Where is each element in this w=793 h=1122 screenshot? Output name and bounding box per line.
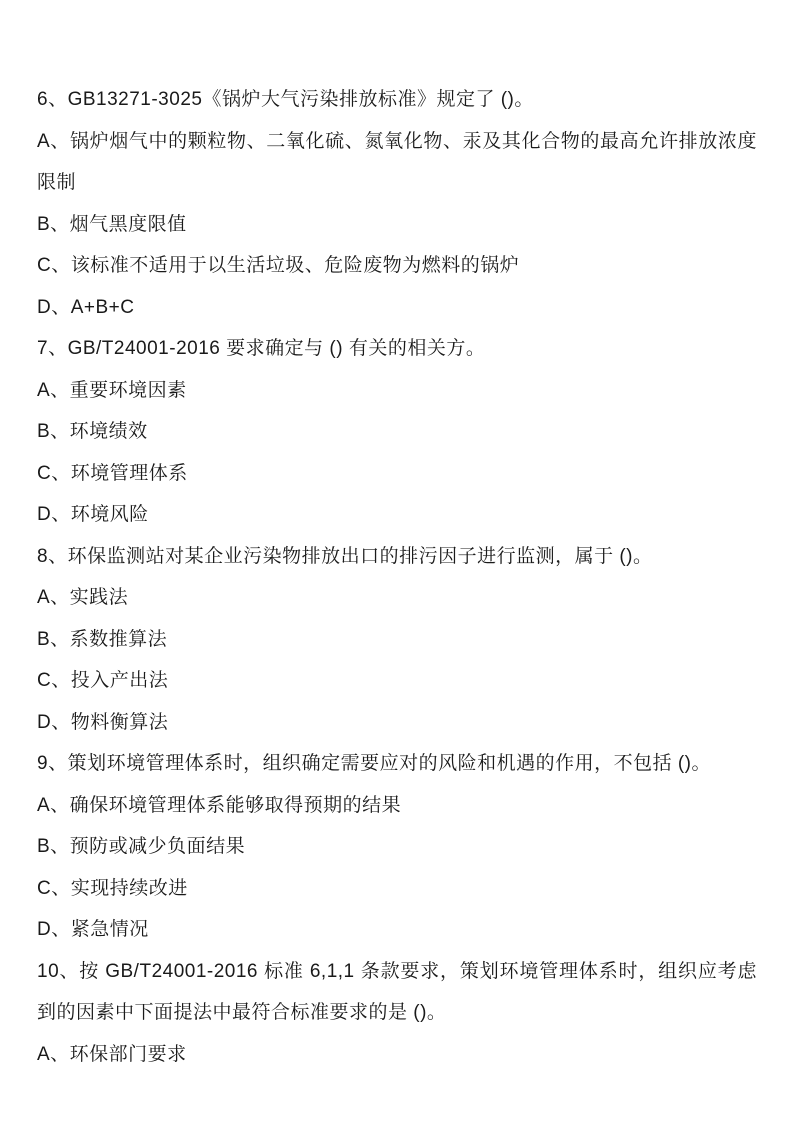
question-8-option-a: A、实践法 xyxy=(37,577,757,619)
question-9-option-b: B、预防或减少负面结果 xyxy=(37,826,757,868)
question-8-option-d: D、物料衡算法 xyxy=(37,702,757,744)
question-6-option-a: A、锅炉烟气中的颗粒物、二氧化硫、氮氧化物、汞及其化合物的最高允许排放浓度限制 xyxy=(37,121,757,204)
question-9-option-d: D、紧急情况 xyxy=(37,909,757,951)
question-6-option-d: D、A+B+C xyxy=(37,287,757,329)
question-8-stem: 8、环保监测站对某企业污染物排放出口的排污因子进行监测，属于 ()。 xyxy=(37,536,757,578)
question-7-option-d: D、环境风险 xyxy=(37,494,757,536)
exam-document-page: 6、GB13271-3025《锅炉大气污染排放标准》规定了 ()。 A、锅炉烟气… xyxy=(0,0,793,1122)
question-6-stem: 6、GB13271-3025《锅炉大气污染排放标准》规定了 ()。 xyxy=(37,79,757,121)
question-10-option-a: A、环保部门要求 xyxy=(37,1034,757,1076)
question-8-option-b: B、系数推算法 xyxy=(37,619,757,661)
question-9-option-a: A、确保环境管理体系能够取得预期的结果 xyxy=(37,785,757,827)
question-7-option-a: A、重要环境因素 xyxy=(37,370,757,412)
question-9-stem: 9、策划环境管理体系时，组织确定需要应对的风险和机遇的作用，不包括 ()。 xyxy=(37,743,757,785)
question-7-option-c: C、环境管理体系 xyxy=(37,453,757,495)
question-8-option-c: C、投入产出法 xyxy=(37,660,757,702)
question-9-option-c: C、实现持续改进 xyxy=(37,868,757,910)
question-10-stem: 10、按 GB/T24001-2016 标准 6,1,1 条款要求，策划环境管理… xyxy=(37,951,757,1034)
question-7-stem: 7、GB/T24001-2016 要求确定与 () 有关的相关方。 xyxy=(37,328,757,370)
question-7-option-b: B、环境绩效 xyxy=(37,411,757,453)
question-6-option-b: B、烟气黑度限值 xyxy=(37,204,757,246)
question-6-option-c: C、该标准不适用于以生活垃圾、危险废物为燃料的锅炉 xyxy=(37,245,757,287)
